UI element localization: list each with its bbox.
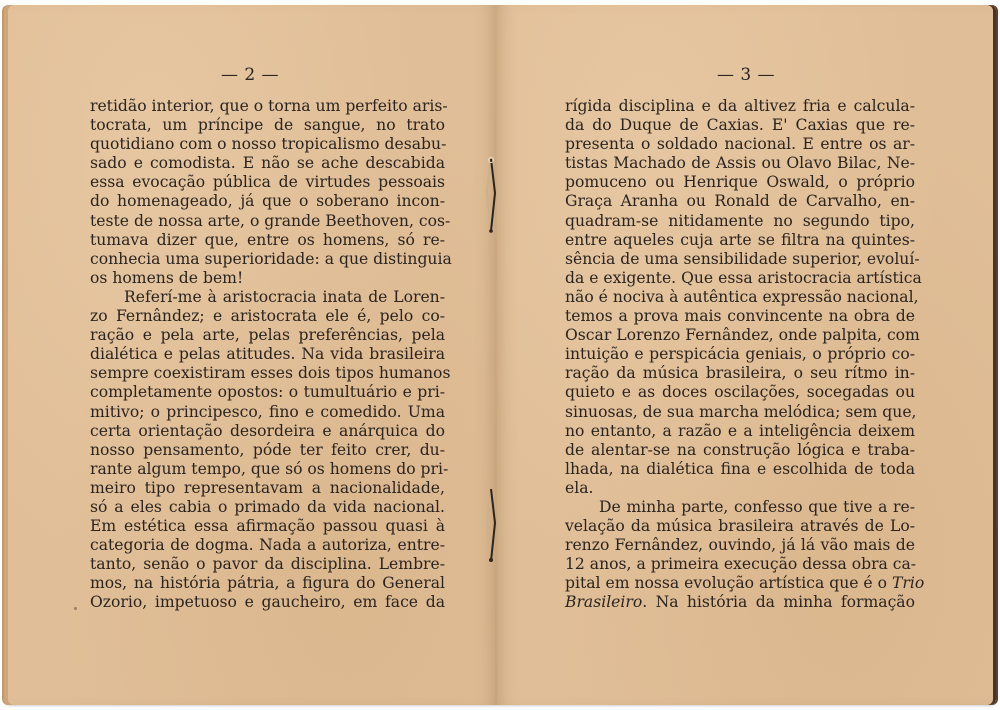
italic-title: Brasileiro <box>565 593 642 611</box>
text-line: não é nociva à autêntica expressão nacio… <box>565 288 915 307</box>
text-line: certa orientação desordeira e anárquica … <box>90 422 445 441</box>
text-line: zo Fernândez; e aristocrata ele é, pelo … <box>90 307 445 326</box>
text-line: ela. <box>565 479 915 498</box>
text-line: sinuosas, de sua marcha melódica; sem qu… <box>565 403 915 422</box>
text-line: completamente opostos: o tumultuário e p… <box>90 383 445 402</box>
text-line: rante algum tempo, que só os homens do p… <box>90 460 445 479</box>
text-line: mitivo; o principesco, fino e comedido. … <box>90 403 445 422</box>
text-line: intuição e perspicácia geniais, o própri… <box>565 345 915 364</box>
paper-speck <box>74 607 77 610</box>
text-line: tumava dizer que, entre os homens, só re… <box>90 231 445 250</box>
text-line: sempre coexistiram esses dois tipos huma… <box>90 364 445 383</box>
text-line: essa evocação pública de virtudes pessoa… <box>90 173 445 192</box>
text-fragment: . Na história da minha formação <box>642 593 915 611</box>
text-line: presenta o soldado nacional. E entre os … <box>565 135 915 154</box>
text-line: da e exigente. Que essa aristocracia art… <box>565 269 915 288</box>
text-line: Graça Aranha ou Ronald de Carvalho, en- <box>565 192 915 211</box>
page-number: — 3 — <box>496 65 996 85</box>
text-line: sado e comodista. E não se ache descabid… <box>90 154 445 173</box>
binding-stitch-icon <box>484 485 498 565</box>
text-line: mos, na história pátria, a figura do Gen… <box>90 574 445 593</box>
text-line: dialética e pelas atitudes. Na vida bras… <box>90 345 445 364</box>
text-line: pital em nossa evolução artística que é … <box>565 574 915 593</box>
text-line: 12 anos, a primeira execução dessa obra … <box>565 555 915 574</box>
text-line: tistas Machado de Assis ou Olavo Bilac, … <box>565 154 915 173</box>
text-line: retidão interior, que o torna um perfeit… <box>90 97 445 116</box>
text-line: Referí-me à aristocracia inata de Loren- <box>90 288 445 307</box>
text-line: da do Duque de Caxias. E' Caxias que re- <box>565 116 915 135</box>
text-line: quotidiano com o nosso tropicalismo desa… <box>90 135 445 154</box>
italic-title: Trio <box>892 574 924 592</box>
text-line: renzo Fernândez, ouvindo, já lá vão mais… <box>565 536 915 555</box>
text-line: teste de nossa arte, o grande Beethoven,… <box>90 212 445 231</box>
text-line: velação da música brasileira através de … <box>565 517 915 536</box>
text-line: ração da música brasileira, o seu rítmo … <box>565 364 915 383</box>
text-line: Oscar Lorenzo Fernândez, onde palpita, c… <box>565 326 915 345</box>
text-line: só a eles cabia o primado da vida nacion… <box>90 498 445 517</box>
right-page: — 3 — rígida disciplina e da altivez fri… <box>496 5 996 705</box>
text-line: de alentar-se na construção lógica e tra… <box>565 441 915 460</box>
text-line: Em estética essa afirmação passou quasi … <box>90 517 445 536</box>
text-line: os homens de bem! <box>90 269 445 288</box>
text-line: no entanto, a razão e a inteligência dei… <box>565 422 915 441</box>
text-line: Brasileiro. Na história da minha formaçã… <box>565 593 915 612</box>
text-line: De minha parte, confesso que tive a re- <box>565 498 915 517</box>
text-fragment: pital em nossa evolução artística que é … <box>565 574 887 592</box>
text-line: rígida disciplina e da altivez fria e ca… <box>565 97 915 116</box>
text-line: tocrata, um príncipe de sangue, no trato <box>90 116 445 135</box>
text-line: quadram-se nitidamente no segundo tipo, <box>565 212 915 231</box>
text-line: meiro tipo representavam a nacionalidade… <box>90 479 445 498</box>
text-line: do homenageado, já que o soberano incon- <box>90 192 445 211</box>
text-line: Ozorio, impetuoso e gaucheiro, em face d… <box>90 593 445 612</box>
page-number: — 2 — <box>4 65 496 85</box>
left-page: — 2 — retidão interior, que o torna um p… <box>4 5 496 705</box>
text-line: categoria de dogma. Nada a autoriza, ent… <box>90 536 445 555</box>
booklet-spread: — 2 — retidão interior, que o torna um p… <box>4 5 996 705</box>
text-line: ração e pela arte, pelas preferências, p… <box>90 326 445 345</box>
text-line: pomuceno ou Henrique Oswald, o próprio <box>565 173 915 192</box>
text-line: conhecia uma superioridade: a que distin… <box>90 250 445 269</box>
text-line: tanto, senão o pavor da disciplina. Lemb… <box>90 555 445 574</box>
text-line: entre aqueles cuja arte se filtra na qui… <box>565 231 915 250</box>
text-line: temos a prova mais convincente na obra d… <box>565 307 915 326</box>
binding-stitch-icon <box>484 155 498 235</box>
text-line: lhada, na dialética fina e escolhida de … <box>565 460 915 479</box>
spine-fold <box>495 5 497 705</box>
text-line: sência de uma sensibilidade superior, ev… <box>565 250 915 269</box>
text-line: quieto e as doces oscilações, socegadas … <box>565 383 915 402</box>
page-body-text: rígida disciplina e da altivez fria e ca… <box>565 97 915 613</box>
text-line: nosso pensamento, póde ter feito crer, d… <box>90 441 445 460</box>
page-body-text: retidão interior, que o torna um perfeit… <box>90 97 445 613</box>
